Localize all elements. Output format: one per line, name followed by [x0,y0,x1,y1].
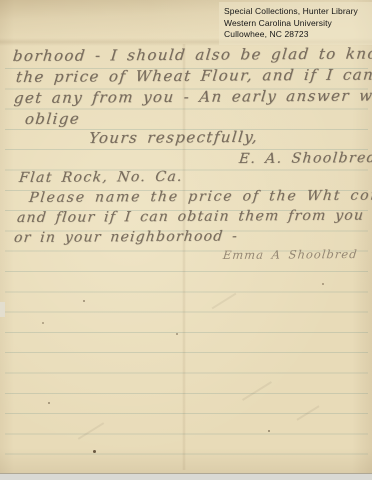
foxing-speck [48,402,50,404]
scanner-background-edge [0,473,372,480]
foxing-speck [176,333,178,335]
foxing-speck [93,450,96,453]
scan-edge-notch [0,302,5,317]
place-line: Flat Rock, No. Ca. [18,167,184,188]
archive-label-line-1: Special Collections, Hunter Library [224,6,372,18]
signature-line: E. A. Shoolbred. [238,148,372,169]
postscript-signature: Emma A Shoolbred [222,244,359,265]
scanned-letter-page: Special Collections, Hunter Library West… [0,0,372,480]
closing-line: Yours respectfully, [88,127,259,148]
foxing-speck [83,300,85,302]
archive-label-line-3: Cullowhee, NC 28723 [224,29,372,41]
foxing-speck [42,322,44,324]
vertical-fold-crease [182,44,186,470]
postscript-line-1: Please name the price of the Wht corn [28,185,372,208]
foxing-speck [322,283,324,285]
foxing-speck [268,430,270,432]
letter-line-2: the price of Wheat Flour, and if I can [15,65,372,87]
postscript-line-2: and flour if I can obtain them from you [16,206,365,228]
letter-line-3: get any from you - An early answer will [13,85,372,108]
letter-line-1: borhood - I should also be glad to know [12,43,372,66]
archive-label-line-2: Western Carolina University [224,18,372,30]
letter-line-4: oblige [24,109,81,129]
archive-label: Special Collections, Hunter Library West… [219,2,372,45]
postscript-line-3: or in your neighborhood - [13,226,239,248]
